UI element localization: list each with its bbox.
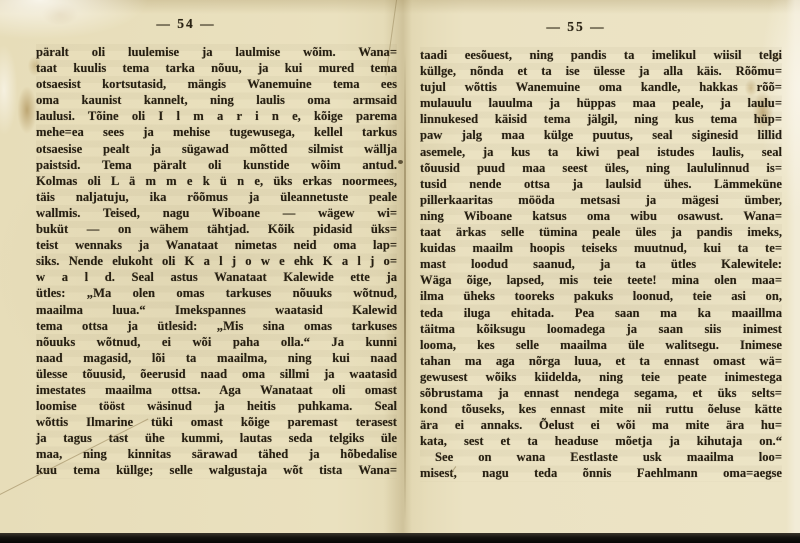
text-line: taadi eesõuest, ning pandis ta imelikul … [420,47,782,63]
text-line: paw jalg maa külge puutus, seal siginesi… [420,127,782,143]
text-line: tõuusid puud maa seest üles, ning laulul… [420,160,782,176]
text-line: wõttis Ilmarine tüki omast kõige paremas… [36,414,397,430]
text-line: paistsid. Tema päralt oli kunstide wõim … [36,157,397,173]
text-line: tahan ma aga nõrga luua, et ta ennast om… [420,353,782,369]
text-line: imestates maailma ottsa. Aga Wanataat ol… [36,382,397,398]
page-55-text-block: taadi eesõuest, ning pandis ta imelikul … [420,47,782,482]
text-line: oma kaunist kannelt, ning laulis oma arm… [36,92,397,108]
text-line: siks. Nende elukoht oli K a l j o w e eh… [36,253,397,269]
text-line: taat ärkas selle tümina peale üles ja pa… [420,224,782,240]
text-line: asemele, ja kus ta kiwi peal istudes lau… [420,144,782,160]
text-line: nõuuks wõtnud, ei wõi paha olla.“ Ja kun… [36,334,397,350]
text-line: teist wennaks ja Wanataat nimetas neid o… [36,237,397,253]
text-line: mast loodud saanud, ja ta ütles Kalewite… [420,256,782,272]
text-line: misest, nagu teda õnnis Faehlmann oma=ae… [420,465,782,481]
text-line: laulusi. Tõine oli I l m a r i n e, kõig… [36,108,397,124]
text-line: mulauulu lauulma ja hüppas maa peale, ja… [420,95,782,111]
page-54-text-block: päralt oli luulemise ja laulmise wõim. W… [36,44,397,479]
text-line: looma, kes selle maailma üle walitsegu. … [420,337,782,353]
text-line: küllge, nõnda et ta ise ülesse ja alla k… [420,63,782,79]
text-line: maailma luua.“ Imekspannes waatasid Kale… [36,302,397,318]
text-line: ülesse tõuusid, õeerusid naad oma sillmi… [36,366,397,382]
text-line: taat kuulis tema tarka nõuu, ja kui mure… [36,60,397,76]
ink-speck [398,160,403,164]
text-line: naad magasid, lõi ta maailma, ning kui n… [36,350,397,366]
text-line: loomise tööst wäsinud ja heitis puhkama.… [36,398,397,414]
text-line: päralt oli luulemise ja laulmise wõim. W… [36,44,397,60]
text-line: ära ei annaks. Õelust ei wõi ma mite ära… [420,417,782,433]
book-scan: — 54 — — 55 — päralt oli luulemise ja la… [0,0,800,543]
text-line: otsaesist kortsutasid, mängis Wanemuine … [36,76,397,92]
text-line: ilma üheks tooreks pakuks loonud, teie a… [420,288,782,304]
text-line: kuidas maailm hoopis teiseks muutnud, ku… [420,240,782,256]
text-line: mehe=ea sees ja mehise tugewusega, kelle… [36,124,397,140]
text-line: tema ottsa ja ütlesid: „Mis sina omas ta… [36,318,397,334]
scan-edge-shadow [0,533,800,543]
page-number-header-right: — 55 — [516,19,636,35]
book-gutter-crease [404,52,406,522]
text-line: täis naljatuju, ika rõõmus ja üleannetus… [36,189,397,205]
text-line: gewusest wõiks kiidelda, ning teie peate… [420,369,782,385]
text-line: täitma kõiksugu loomadega ja saan siis i… [420,321,782,337]
text-line: w a l d. Seal astus Wanataat Kalewide et… [36,269,397,285]
text-line: buküt — on wähem tähtjad. Kõik pidasid ü… [36,221,397,237]
text-line: sõbrustama ja ennast nendega segama, et … [420,385,782,401]
text-line: ütles: „Ma olen omas tarkuses nõuuks wõt… [36,285,397,301]
text-line: wallmis. Teised, nagu Wiboane — wägew wi… [36,205,397,221]
text-line: Wäga õige, lapsed, mis teie teete! mina … [420,272,782,288]
text-line: kuu tema küllge; selle walgustaja wõt ti… [36,462,397,478]
text-line: tusid nende ottsa ja laulsid ühes. Lämme… [420,176,782,192]
page-number-header-left: — 54 — [126,16,246,32]
text-line: Kolmas oli L ä m m e k ü n e, üks erkas … [36,173,397,189]
text-line: kata, sest et ta headuse mõetja ja kihut… [420,433,782,449]
text-line: ning Wiboane katsus oma wibu osawust. Wa… [420,208,782,224]
text-line: ja tagus tast ühe kummi, lautas seda tel… [36,430,397,446]
text-line: See on wana Eestlaste usk maailma loo= [420,449,782,465]
text-line: tujul wõttis Wanemuine oma kandle, hakka… [420,79,782,95]
text-line: pillerkaaritas mööda metsasi ja mägesi ü… [420,192,782,208]
text-line: teda iluga ehitada. Pea saan ma ka maail… [420,305,782,321]
text-line: otsaesise pealt ja sügawad mõtted silmis… [36,141,397,157]
text-line: kond tõuseks, kes ennast mite nii ruttu … [420,401,782,417]
text-line: linnukesed käisid tema jälgil, ning kus … [420,111,782,127]
